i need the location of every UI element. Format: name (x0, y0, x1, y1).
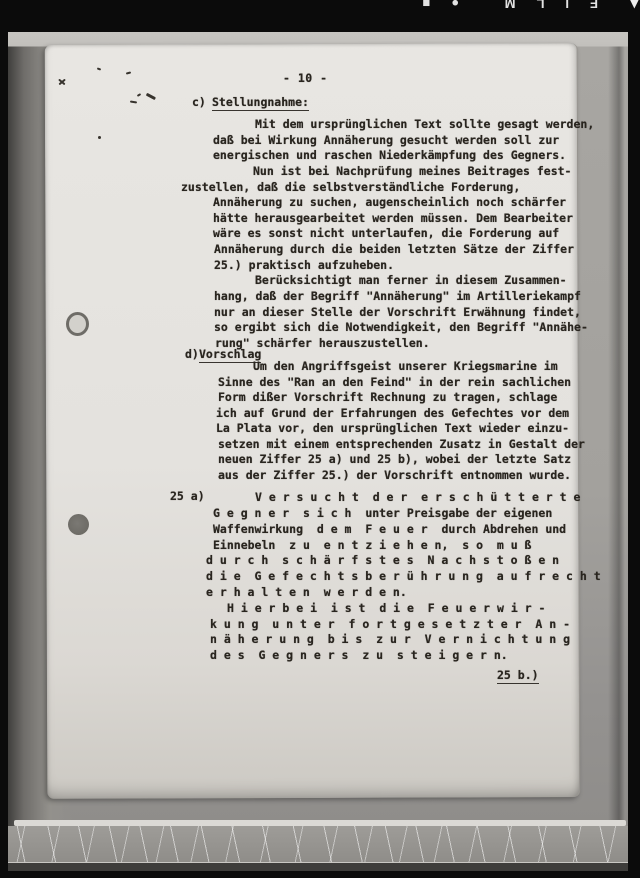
page-number: - 10 - (283, 71, 328, 85)
section-label-d: d) (185, 347, 199, 361)
text-line: 25.) praktisch aufzuheben. (214, 258, 394, 272)
section-label-c: c) (192, 95, 206, 109)
text-line: k u n g u n t e r f o r t g e s e t z t … (210, 617, 570, 631)
film-edge-label: FILM ●■ (408, 0, 598, 11)
text-line: ich auf Grund der Erfahrungen des Gefech… (216, 406, 569, 420)
text-line: Annäherung durch die beiden letzten Sätz… (214, 242, 574, 256)
text-line: Annäherung zu suchen, augenscheinlich no… (213, 195, 566, 209)
text-line: La Plata vor, den ursprünglichen Text wi… (216, 421, 569, 435)
text-line: hang, daß der Begriff "Annäherung" im Ar… (214, 289, 581, 303)
text-line: Berücksichtigt man ferner in diesem Zusa… (255, 273, 567, 287)
text-line: zustellen, daß die selbstverständliche F… (181, 180, 520, 194)
text-line: setzen mit einem entsprechenden Zusatz i… (218, 437, 585, 451)
text-line: d i e G e f e c h t s b e r ü h r u n g … (206, 569, 601, 583)
text-line: Nun ist bei Nachprüfung meines Beitrages… (253, 164, 572, 178)
section-label-25a: 25 a) (170, 489, 205, 503)
film-edge-shadow (8, 863, 628, 871)
text-line: Einnebeln z u e n t z i e h e n, s o m u… (213, 538, 532, 552)
text-line: Um den Angriffsgeist unserer Kriegsmarin… (253, 359, 558, 373)
text-line: G e g n e r s i c h unter Preisgabe der … (213, 506, 552, 520)
text-line: neuen Ziffer 25 a) und 25 b), wobei der … (218, 452, 571, 466)
film-scratch-band (8, 826, 628, 863)
text-line: aus der Ziffer 25.) der Vorschrift entno… (218, 468, 571, 482)
text-line: H i e r b e i i s t d i e F e u e r w i … (227, 601, 546, 615)
text-line: Waffenwirkung d e m F e u e r durch Abdr… (213, 522, 566, 536)
text-line: e r h a l t e n w e r d e n. (206, 585, 407, 599)
text-line: nur an dieser Stelle der Vorschrift Erwä… (214, 305, 581, 319)
text-line: V e r s u c h t d e r e r s c h ü t t e … (255, 490, 580, 504)
text-line: d e s G e g n e r s z u s t e i g e r n. (210, 648, 508, 662)
heading-stellungnahme: Stellungnahme: (212, 95, 309, 111)
heading-vorschlag: Vorschlag (199, 347, 261, 363)
text-line: Form dißer Vorschrift Rechnung zu tragen… (218, 390, 557, 404)
text-line: d u r c h s c h ä r f s t e s N a c h s … (206, 553, 559, 567)
text-line: hätte herausgearbeitet werden müssen. De… (213, 211, 573, 225)
text-line: Mit dem ursprünglichen Text sollte gesag… (255, 117, 594, 131)
text-line: wäre es sonst nicht unterlaufen, die For… (213, 226, 559, 240)
section-label-25b: 25 b.) (497, 668, 539, 684)
text-layer: - 10 -c)Stellungnahme:Mit dem ursprüngli… (0, 0, 640, 878)
text-line: Sinne des "Ran an den Feind" in der rein… (218, 375, 571, 389)
text-line: n ä h e r u n g b i s z u r V e r n i c … (210, 632, 570, 646)
text-line: so ergibt sich die Notwendigkeit, den Be… (214, 320, 588, 334)
text-line: energischen und raschen Niederkämpfung d… (213, 148, 566, 162)
microfilm-frame: - 10 -c)Stellungnahme:Mit dem ursprüngli… (0, 0, 640, 878)
film-corner-triangle-icon: ▼ (630, 0, 639, 10)
text-line: daß bei Wirkung Annäherung gesucht werde… (213, 133, 559, 147)
